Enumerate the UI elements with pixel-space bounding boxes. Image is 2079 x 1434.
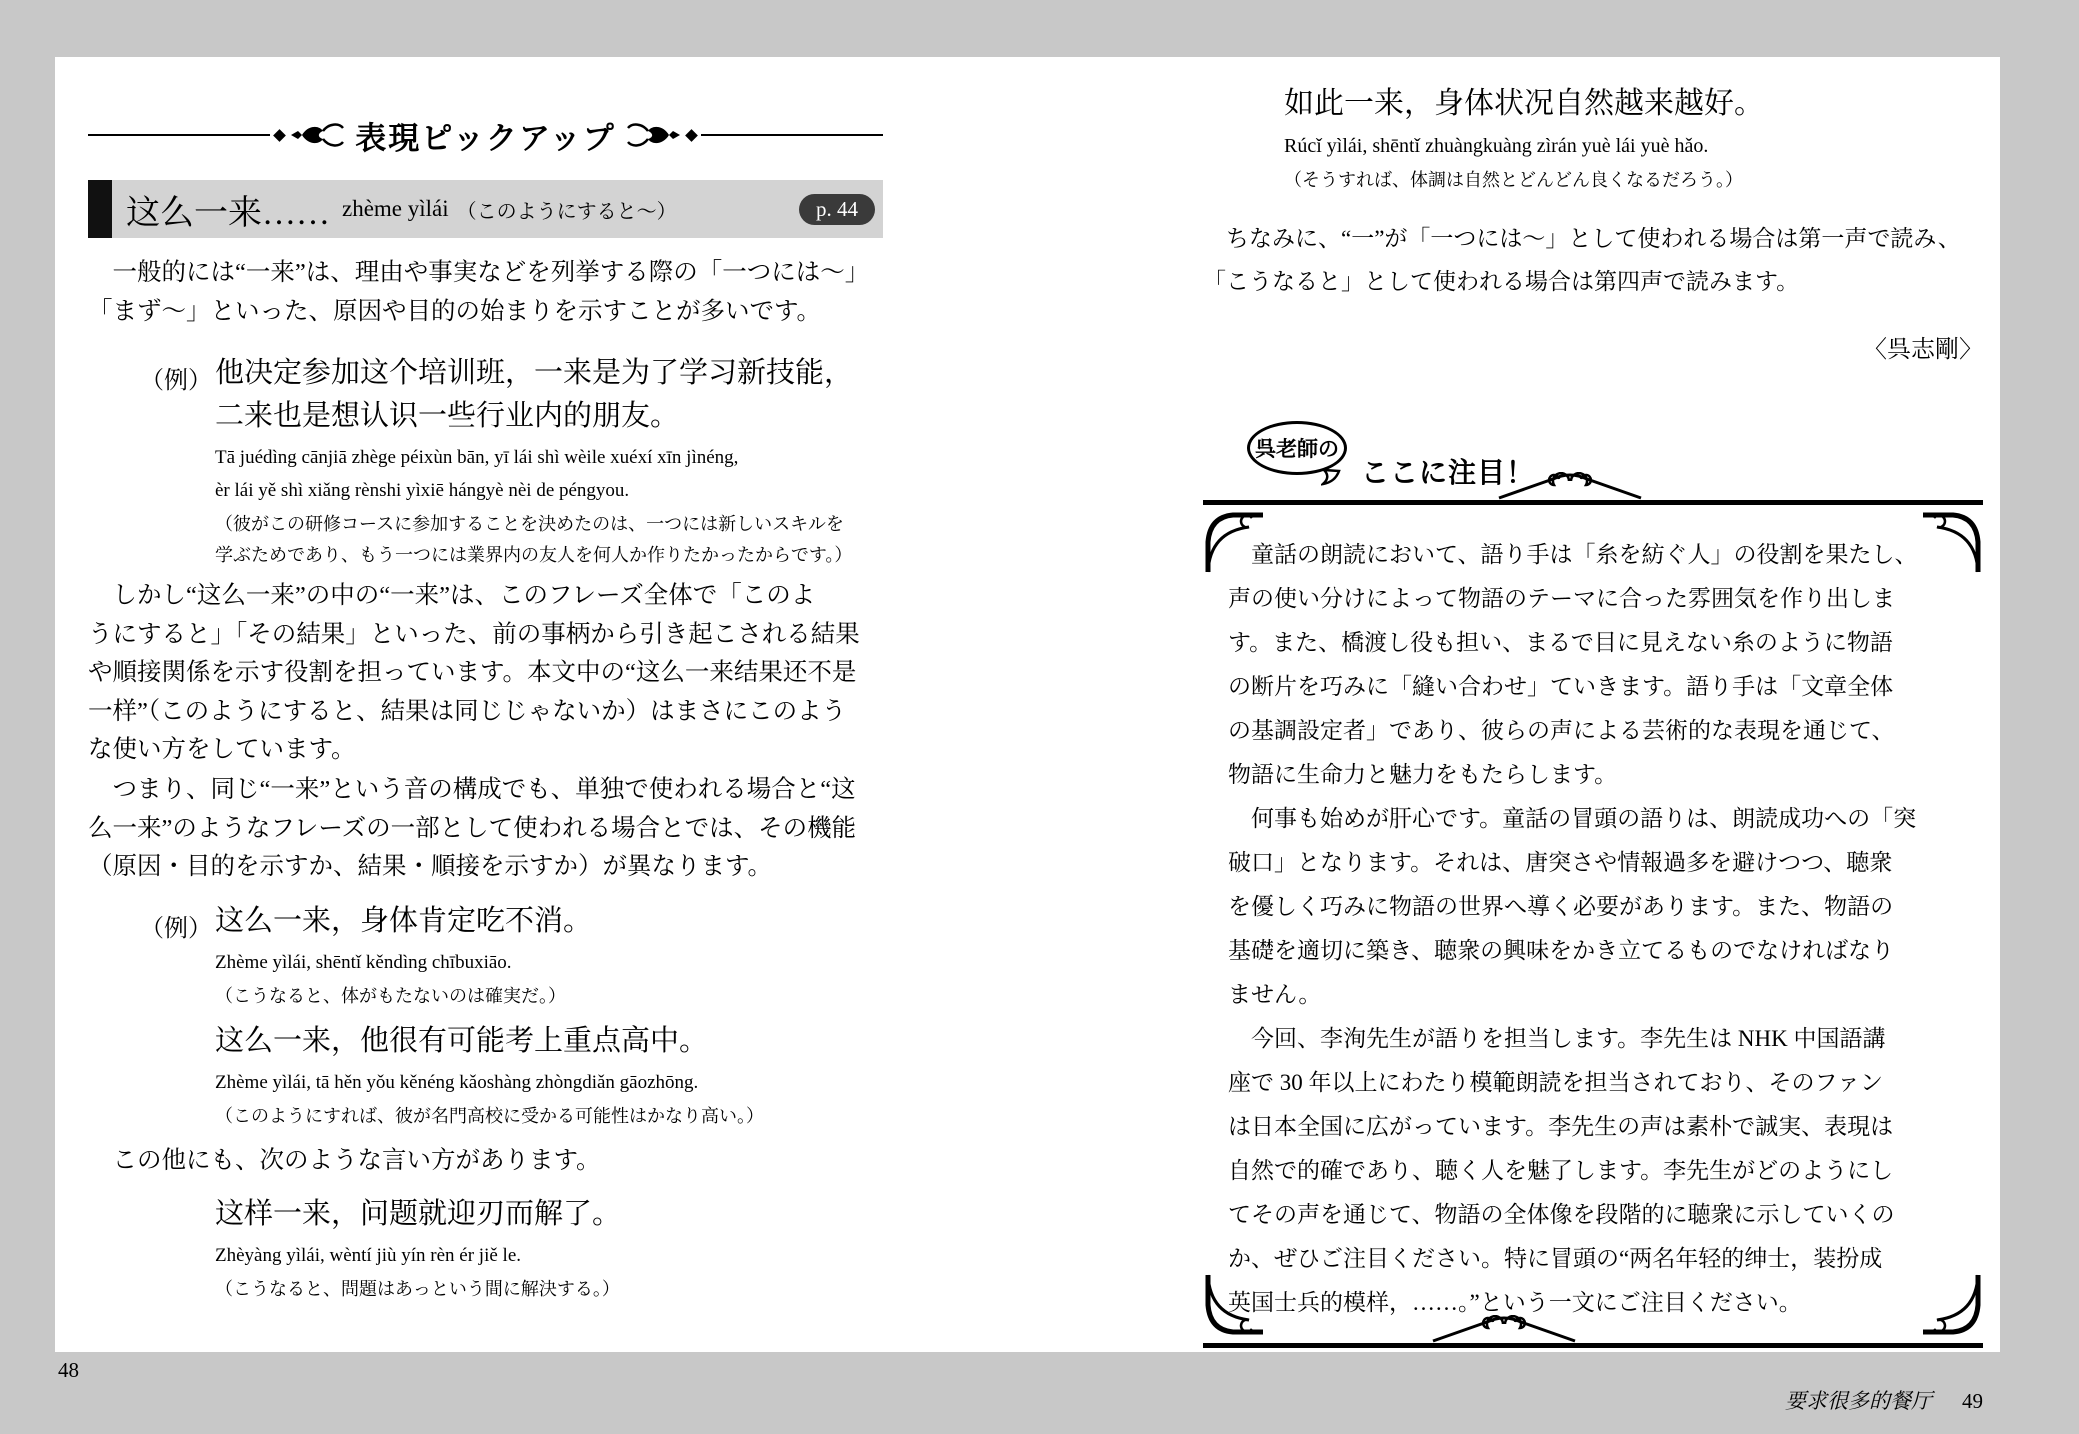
body-paragraph-2: しかし“这么一来”の中の“一来”は、このフレーズ全体で「このよ うにすると」「そ… bbox=[88, 577, 883, 770]
book-spread: 表現ピックアップ 这么一来…… zhème yìlái （このようにすると〜） … bbox=[55, 57, 2000, 1352]
example-gloss: （こうなると、体がもたないのは確実だ。） bbox=[215, 981, 592, 1012]
intro-paragraph: 一般的には“一来”は、理由や事実などを列挙する際の「一つには〜」 「まず〜」とい… bbox=[88, 254, 883, 331]
focus-box-top-rule bbox=[1203, 500, 1983, 505]
focus-paragraph-3: 今回、李洵先生が語りを担当します。李先生は NHK 中国語講 座で 30 年以上… bbox=[1228, 1017, 1948, 1325]
expression-hanzi: 这么一来…… bbox=[112, 185, 330, 234]
example-block-2: （例） 这么一来，身体肯定吃不消。 Zhème yìlái, shēntǐ kě… bbox=[140, 900, 592, 1012]
page-right: 如此一来，身体状况自然越来越好。 Rúcǐ yìlái, shēntǐ zhuà… bbox=[1203, 57, 1983, 1352]
focus-box-body: 童話の朗読において、語り手は「糸を紡ぐ人」の役割を果たし、 声の使い分けによって… bbox=[1228, 533, 1948, 1325]
section-header: 表現ピックアップ bbox=[88, 112, 883, 158]
focus-box-bottom-rule bbox=[1203, 1343, 1983, 1348]
example-hanzi: 他决定参加这个培训班，一来是为了学习新技能， 二来也是想认识一些行业内的朋友。 bbox=[215, 352, 853, 438]
chapter-title: 要求很多的餐厅 bbox=[1785, 1389, 1932, 1413]
example-label: （例） bbox=[140, 900, 215, 1012]
example-body: 他决定参加这个培训班，一来是为了学习新技能， 二来也是想认识一些行业内的朋友。 … bbox=[215, 352, 853, 571]
example-hanzi: 这样一来，问题就迎刃而解了。 bbox=[215, 1193, 621, 1236]
scroll-ornament-bottom-icon bbox=[1429, 1315, 1579, 1343]
diamond-tip-right-icon bbox=[685, 129, 698, 142]
example-hanzi: 这么一来，他很有可能考上重点高中。 bbox=[215, 1020, 764, 1063]
expression-gloss: （このようにすると〜） bbox=[449, 195, 677, 224]
example-gloss: （そうすれば、体調は自然とどんどん良くなるだろう。） bbox=[1284, 165, 1764, 196]
fleuron-left-icon bbox=[289, 121, 345, 149]
example-gloss: （このようにすれば、彼が名門高校に受かる可能性はかなり高い。） bbox=[215, 1101, 764, 1132]
example-hanzi: 这么一来，身体肯定吃不消。 bbox=[215, 900, 592, 943]
example-hanzi: 如此一来，身体状况自然越来越好。 bbox=[1284, 82, 1764, 126]
example-gloss: （こうなると、問題はあっという間に解決する。） bbox=[215, 1274, 621, 1305]
example-body: 这么一来，他很有可能考上重点高中。 Zhème yìlái, tā hěn yǒ… bbox=[215, 1020, 764, 1132]
header-rule-right bbox=[701, 134, 883, 136]
example-pinyin: Zhème yìlái, shēntǐ kěndìng chībuxiāo. bbox=[215, 946, 592, 979]
example-block-3: 这么一来，他很有可能考上重点高中。 Zhème yìlái, tā hěn yǒ… bbox=[140, 1020, 764, 1132]
scroll-ornament-top-icon bbox=[1495, 472, 1645, 500]
fleuron-right-icon bbox=[626, 121, 682, 149]
page-number-right: 49 bbox=[1962, 1389, 1983, 1413]
example-pinyin: Rúcǐ yìlái, shēntǐ zhuàngkuàng zìrán yuè… bbox=[1284, 129, 1764, 163]
speech-bubble-tail-icon bbox=[1321, 469, 1341, 487]
page-left: 表現ピックアップ 这么一来…… zhème yìlái （このようにすると〜） … bbox=[88, 57, 883, 1352]
example-pinyin: Tā juédìng cānjiā zhège péixùn bān, yī l… bbox=[215, 441, 853, 507]
body-paragraph-3: つまり、同じ“一来”という音の構成でも、単独で使われる場合と“这 么一来”のよう… bbox=[88, 771, 883, 887]
expression-title-bar: 这么一来…… zhème yìlái （このようにすると〜） p. 44 bbox=[88, 180, 883, 238]
example-block-5: 如此一来，身体状况自然越来越好。 Rúcǐ yìlái, shēntǐ zhuà… bbox=[1284, 82, 1764, 196]
focus-paragraph-1: 童話の朗読において、語り手は「糸を紡ぐ人」の役割を果たし、 声の使い分けによって… bbox=[1228, 533, 1948, 797]
header-rule-left bbox=[88, 134, 270, 136]
scanned-book-screenshot: 表現ピックアップ 这么一来…… zhème yìlái （このようにすると〜） … bbox=[0, 0, 2079, 1434]
diamond-tip-left-icon bbox=[273, 129, 286, 142]
section-title: 表現ピックアップ bbox=[345, 113, 626, 158]
title-accent-block bbox=[88, 180, 112, 238]
example-label: （例） bbox=[140, 352, 215, 571]
example-pinyin: Zhèyàng yìlái, wèntí jiù yín rèn ér jiě … bbox=[215, 1239, 621, 1272]
example-body: 这样一来，问题就迎刃而解了。 Zhèyàng yìlái, wèntí jiù … bbox=[215, 1193, 621, 1305]
example-body: 这么一来，身体肯定吃不消。 Zhème yìlái, shēntǐ kěndìn… bbox=[215, 900, 592, 1012]
teacher-speech-bubble: 呉老師の bbox=[1247, 421, 1347, 475]
example-gloss: （彼がこの研修コースに参加することを決めたのは、一つには新しいスキルを 学ぶため… bbox=[215, 509, 853, 571]
author-attribution: 〈呉志剛〉 bbox=[1203, 329, 1983, 364]
page-ref-badge: p. 44 bbox=[799, 194, 875, 225]
example-block-4: 这样一来，问题就迎刃而解了。 Zhèyàng yìlái, wèntí jiù … bbox=[140, 1193, 621, 1305]
page-number-left: 48 bbox=[58, 1358, 79, 1383]
expression-pinyin: zhème yìlái bbox=[330, 196, 449, 222]
example-pinyin: Zhème yìlái, tā hěn yǒu kěnéng kǎoshàng … bbox=[215, 1066, 764, 1099]
tone-note-paragraph: ちなみに、“一”が「一つには〜」として使われる場合は第一声で読み、 「こうなると… bbox=[1203, 217, 1983, 303]
example-block-1: （例） 他决定参加这个培训班，一来是为了学习新技能， 二来也是想认识一些行业内的… bbox=[140, 352, 853, 571]
focus-paragraph-2: 何事も始めが肝心です。童話の冒頭の語りは、朗読成功への「突 破口」となります。そ… bbox=[1228, 797, 1948, 1017]
more-examples-lead: この他にも、次のような言い方があります。 bbox=[88, 1142, 883, 1181]
footer-right: 要求很多的餐厅49 bbox=[1764, 1360, 1983, 1434]
